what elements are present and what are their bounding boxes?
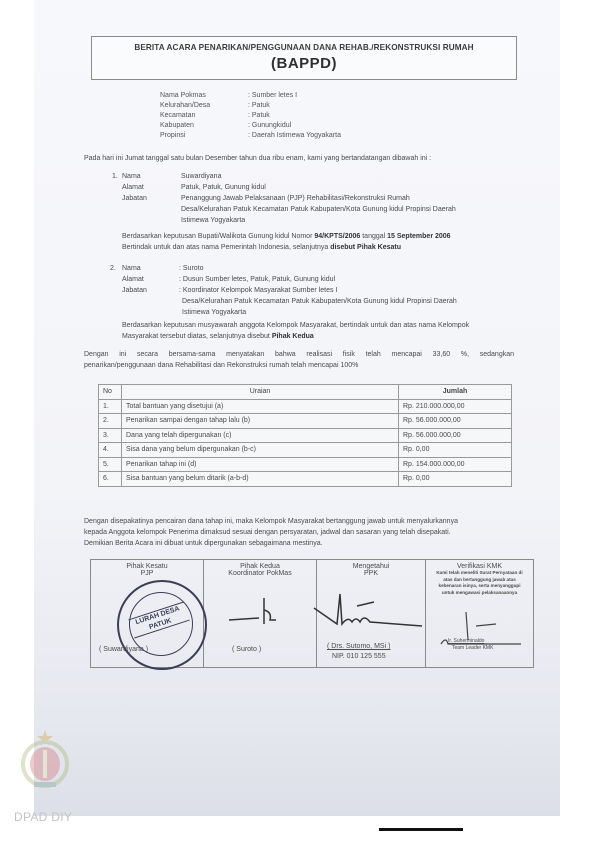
party1-acting: Bertindak untuk dan atas nama Pemerintah… <box>122 244 401 251</box>
table-row: 1.Total bantuan yang disetujui (a)Rp. 21… <box>99 399 512 414</box>
signatory-name: ( Drs. Sutomo, MSi ) <box>327 643 390 650</box>
document-title-box: BERITA ACARA PENARIKAN/PENGGUNAAN DANA R… <box>91 36 517 80</box>
closing-line2: kepada Anggota kelompok Penerima dimaksu… <box>84 529 451 536</box>
party2-basis-line2: Masyarakat tersebut diatas, selanjutnya … <box>122 333 314 340</box>
meta-row-pokmas: Nama Pokmas: Sumber letes I <box>160 92 297 99</box>
party2-number: 2. <box>110 265 116 272</box>
closing-line3: Demikian Berita Acara ini dibuat untuk d… <box>84 540 323 547</box>
meta-row-propinsi: Propinsi: Daerah Istimewa Yogyakarta <box>160 132 341 139</box>
party2-nama-label: Nama <box>122 265 141 272</box>
signature-mark <box>436 610 526 650</box>
meta-row-kecamatan: Kecamatan: Patuk <box>160 112 270 119</box>
party2-jabatan-line2: Desa/Kelurahan Patuk Kecamatan Patuk Kab… <box>182 298 457 305</box>
table-row: 6.Sisa bantuan yang belum ditarik (a-b-d… <box>99 472 512 487</box>
party2-jabatan-line3: Istimewa Yogyakarta <box>182 309 246 316</box>
party1-jabatan-line1: Penanggung Jawab Pelaksanaan (PJP) Rehab… <box>181 195 410 202</box>
party1-number: 1. <box>112 173 118 180</box>
party1-jabatan-line3: Istimewa Yogyakarta <box>181 217 245 224</box>
signatory-nip: NIP. 010 125 555 <box>332 653 386 660</box>
table-row: 4.Sisa dana yang belum dipergunakan (b-c… <box>99 443 512 458</box>
party2-alamat: : Dusun Sumber letes, Patuk, Patuk, Gunu… <box>179 276 335 283</box>
table-row: 2.Penarikan sampai dengan tahap lalu (b)… <box>99 414 512 429</box>
signatory-name: Ir. Suherminaldo <box>448 638 484 644</box>
statement-line1: Dengan ini secara bersama-sama menyataka… <box>84 351 514 358</box>
dpad-diy-emblem-icon <box>16 728 74 792</box>
meta-row-desa: Kelurahan/Desa: Patuk <box>160 102 270 109</box>
signature-mark <box>312 588 427 638</box>
party1-nama: Suwardiyana <box>181 173 221 180</box>
signature-pihak-kedua: Pihak Kedua Koordinator PokMas ( Suroto … <box>204 560 317 667</box>
document-title: BERITA ACARA PENARIKAN/PENGGUNAAN DANA R… <box>92 43 516 52</box>
header-no: No <box>99 385 122 400</box>
official-stamp: LURAH DESA PATUK <box>117 580 207 670</box>
signature-mark <box>224 590 284 630</box>
party2-nama: : Suroto <box>179 265 204 272</box>
table-row: 3.Dana yang telah dipergunakan (c)Rp. 56… <box>99 428 512 443</box>
header-jumlah: Jumlah <box>399 385 512 400</box>
signatory-name: ( Suroto ) <box>232 646 261 653</box>
intro-paragraph: Pada hari ini Jumat tanggal satu bulan D… <box>84 155 431 162</box>
closing-line1: Dengan disepakatinya pencairan dana taha… <box>84 518 458 525</box>
party1-alamat: Patuk, Patuk, Gunung kidul <box>181 184 266 191</box>
party1-nama-label: Nama <box>122 173 141 180</box>
party2-basis-line1: Berdasarkan keputusan musyawarah anggota… <box>122 322 469 329</box>
party2-jabatan-line1: : Koordinator Kelompok Masyarakat Sumber… <box>179 287 337 294</box>
rincian-table: No Uraian Jumlah 1.Total bantuan yang di… <box>98 384 512 487</box>
signature-verifikasi-kmk: Verifikasi KMK Kami telah meneliti Surat… <box>426 560 533 667</box>
party2-alamat-label: Alamat <box>122 276 144 283</box>
meta-row-kabupaten: Kabupaten: Gunungkidul <box>160 122 291 129</box>
watermark-text: DPAD DIY <box>14 810 72 824</box>
signature-mengetahui: Mengetahui PPK ( Drs. Sutomo, MSi ) NIP.… <box>317 560 426 667</box>
scan-bottom-bar <box>379 828 463 831</box>
document-subtitle: (BAPPD) <box>92 55 516 72</box>
header-uraian: Uraian <box>122 385 399 400</box>
party1-alamat-label: Alamat <box>122 184 144 191</box>
table-row: 5.Penarikan tahap ini (d)Rp. 154.000.000… <box>99 457 512 472</box>
signatory-position: Team Leader KMK <box>452 645 493 651</box>
party1-basis: Berdasarkan keputusan Bupati/Walikota Gu… <box>122 233 451 240</box>
statement-line2: penarikan/penggunaan dana Rehabilitasi d… <box>84 362 358 369</box>
table-header-row: No Uraian Jumlah <box>99 385 512 400</box>
party1-jabatan-label: Jabatan <box>122 195 147 202</box>
party1-jabatan-line2: Desa/Kelurahan Patuk Kecamatan Patuk Kab… <box>181 206 456 213</box>
party2-jabatan-label: Jabatan <box>122 287 147 294</box>
